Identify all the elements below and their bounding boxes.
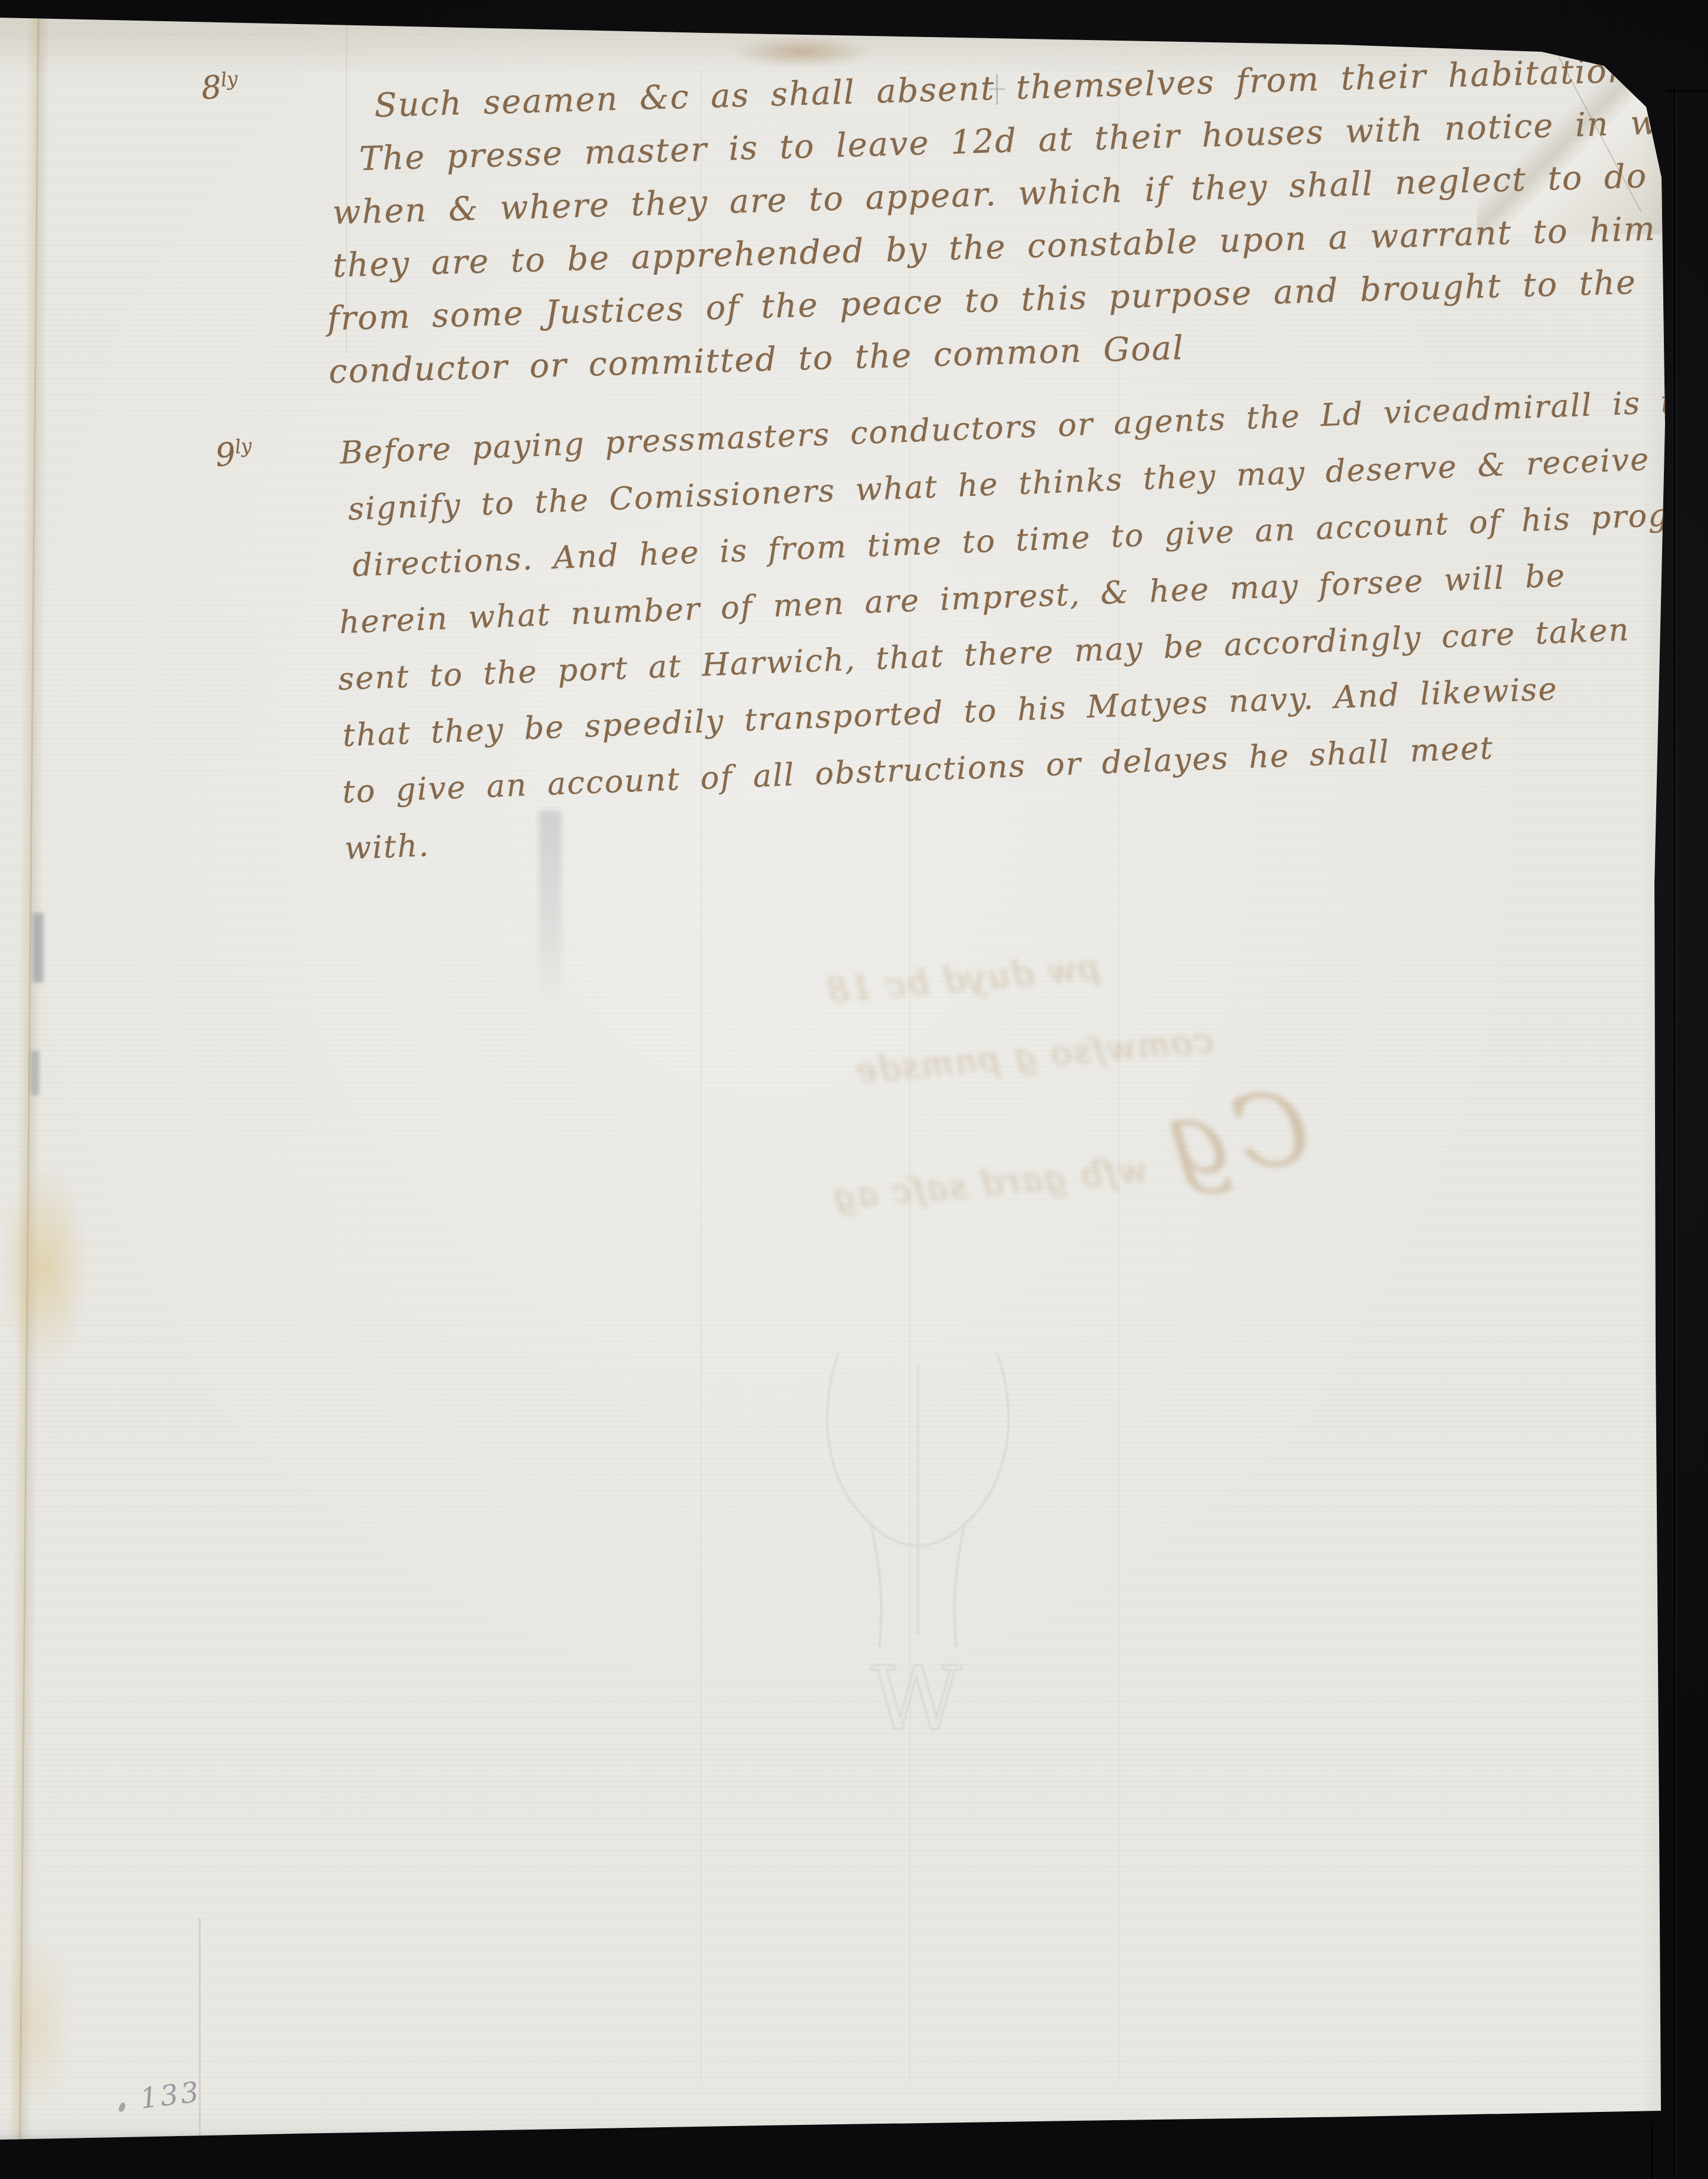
- section-8ly: Such seamen &c as shall absent themselve…: [321, 41, 1708, 399]
- backdrop-seam-vertical: [1674, 88, 1676, 2179]
- folio-number: 133: [138, 2075, 203, 2115]
- bleed-through-text: pw duyd bc 18 comwfso g pnmsde Cg wfb ga…: [563, 909, 1320, 1312]
- section-8-marker-suffix: ly: [220, 67, 239, 91]
- backdrop-seam-horizontal: [1666, 90, 1708, 92]
- manuscript-page: W pw duyd bc 18 comwfso g pnmsde Cg wfb …: [0, 0, 1708, 2179]
- stain: [0, 1935, 71, 2112]
- watermark-letter: W: [871, 1648, 961, 1751]
- stain: [0, 1165, 88, 1371]
- photograph-backdrop: W pw duyd bc 18 comwfso g pnmsde Cg wfb …: [0, 0, 1708, 2179]
- scan-edge-fringe: [0, 2115, 1665, 2150]
- section-8-marker: 8ly: [199, 66, 239, 106]
- backdrop-seam-bottom: [1651, 2123, 1653, 2179]
- watermark: W: [783, 1330, 1053, 1777]
- graphite-smudge: [31, 1051, 39, 1095]
- pencil-tick: [118, 2102, 126, 2113]
- graphite-smudge: [33, 913, 44, 982]
- stain: [733, 36, 871, 67]
- section-9ly: Before paying pressmasters conductors or…: [325, 371, 1708, 877]
- section-9-marker: 9ly: [214, 434, 254, 474]
- section-9-marker-suffix: ly: [234, 434, 253, 458]
